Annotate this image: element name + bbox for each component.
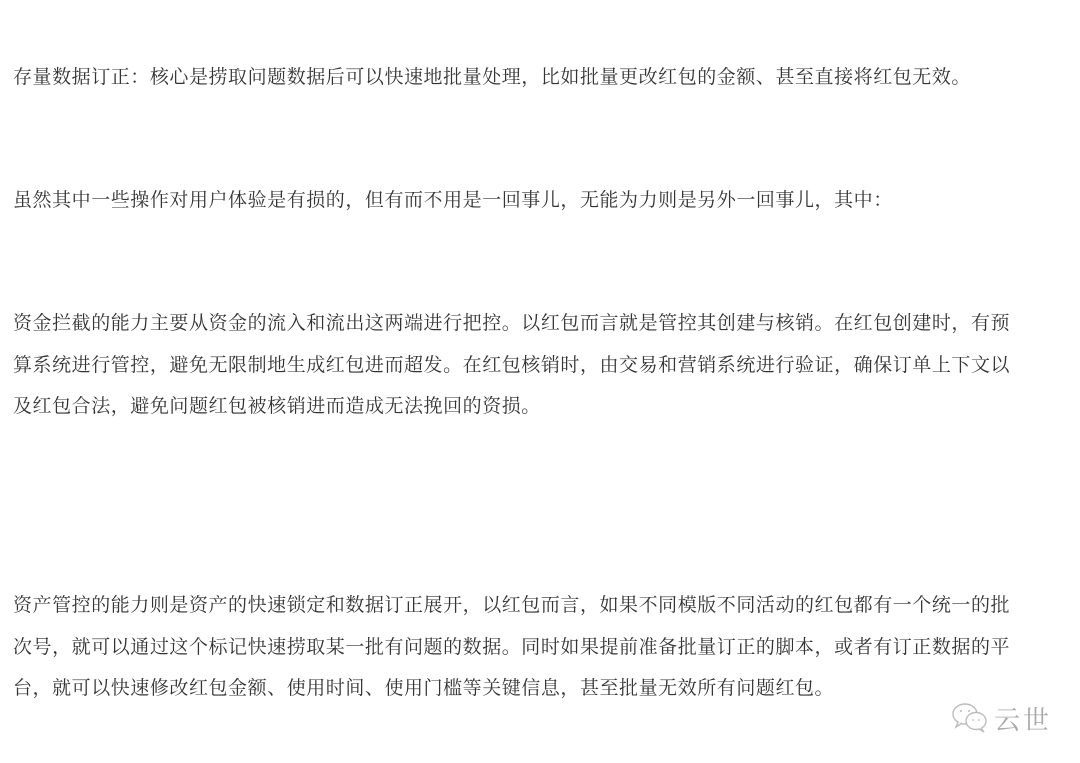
text-line: 存量数据订正：核心是捞取问题数据后可以快速地批量处理，比如批量更改红包的金额、甚… [13, 57, 1069, 99]
text-line: 资金拦截的能力主要从资金的流入和流出这两端进行把控。以红包而言就是管控其创建与核… [13, 303, 1069, 345]
watermark: 云世 [950, 698, 1052, 738]
text-line: 及红包合法，避免问题红包被核销进而造成无法挽回的资损。 [13, 386, 1069, 428]
text-line: 次号，就可以通过这个标记快速捞取某一批有问题的数据。同时如果提前准备批量订正的脚… [13, 627, 1069, 669]
wechat-icon [950, 701, 990, 735]
paragraph-fund-interception: 资金拦截的能力主要从资金的流入和流出这两端进行把控。以红包而言就是管控其创建与核… [13, 303, 1069, 428]
paragraph-data-correction: 存量数据订正：核心是捞取问题数据后可以快速地批量处理，比如批量更改红包的金额、甚… [13, 57, 1069, 99]
text-line: 资产管控的能力则是资产的快速锁定和数据订正展开，以红包而言，如果不同模版不同活动… [13, 585, 1069, 627]
watermark-author: 云世 [994, 700, 1052, 737]
text-line: 算系统进行管控，避免无限制地生成红包进而超发。在红包核销时，由交易和营销系统进行… [13, 345, 1069, 387]
text-line: 台，就可以快速修改红包金额、使用时间、使用门槛等关键信息，甚至批量无效所有问题红… [13, 668, 1069, 710]
text-line: 虽然其中一些操作对用户体验是有损的，但有而不用是一回事儿，无能为力则是另外一回事… [13, 180, 1069, 222]
paragraph-asset-control: 资产管控的能力则是资产的快速锁定和数据订正展开，以红包而言，如果不同模版不同活动… [13, 585, 1069, 710]
paragraph-intro: 虽然其中一些操作对用户体验是有损的，但有而不用是一回事儿，无能为力则是另外一回事… [13, 180, 1069, 222]
